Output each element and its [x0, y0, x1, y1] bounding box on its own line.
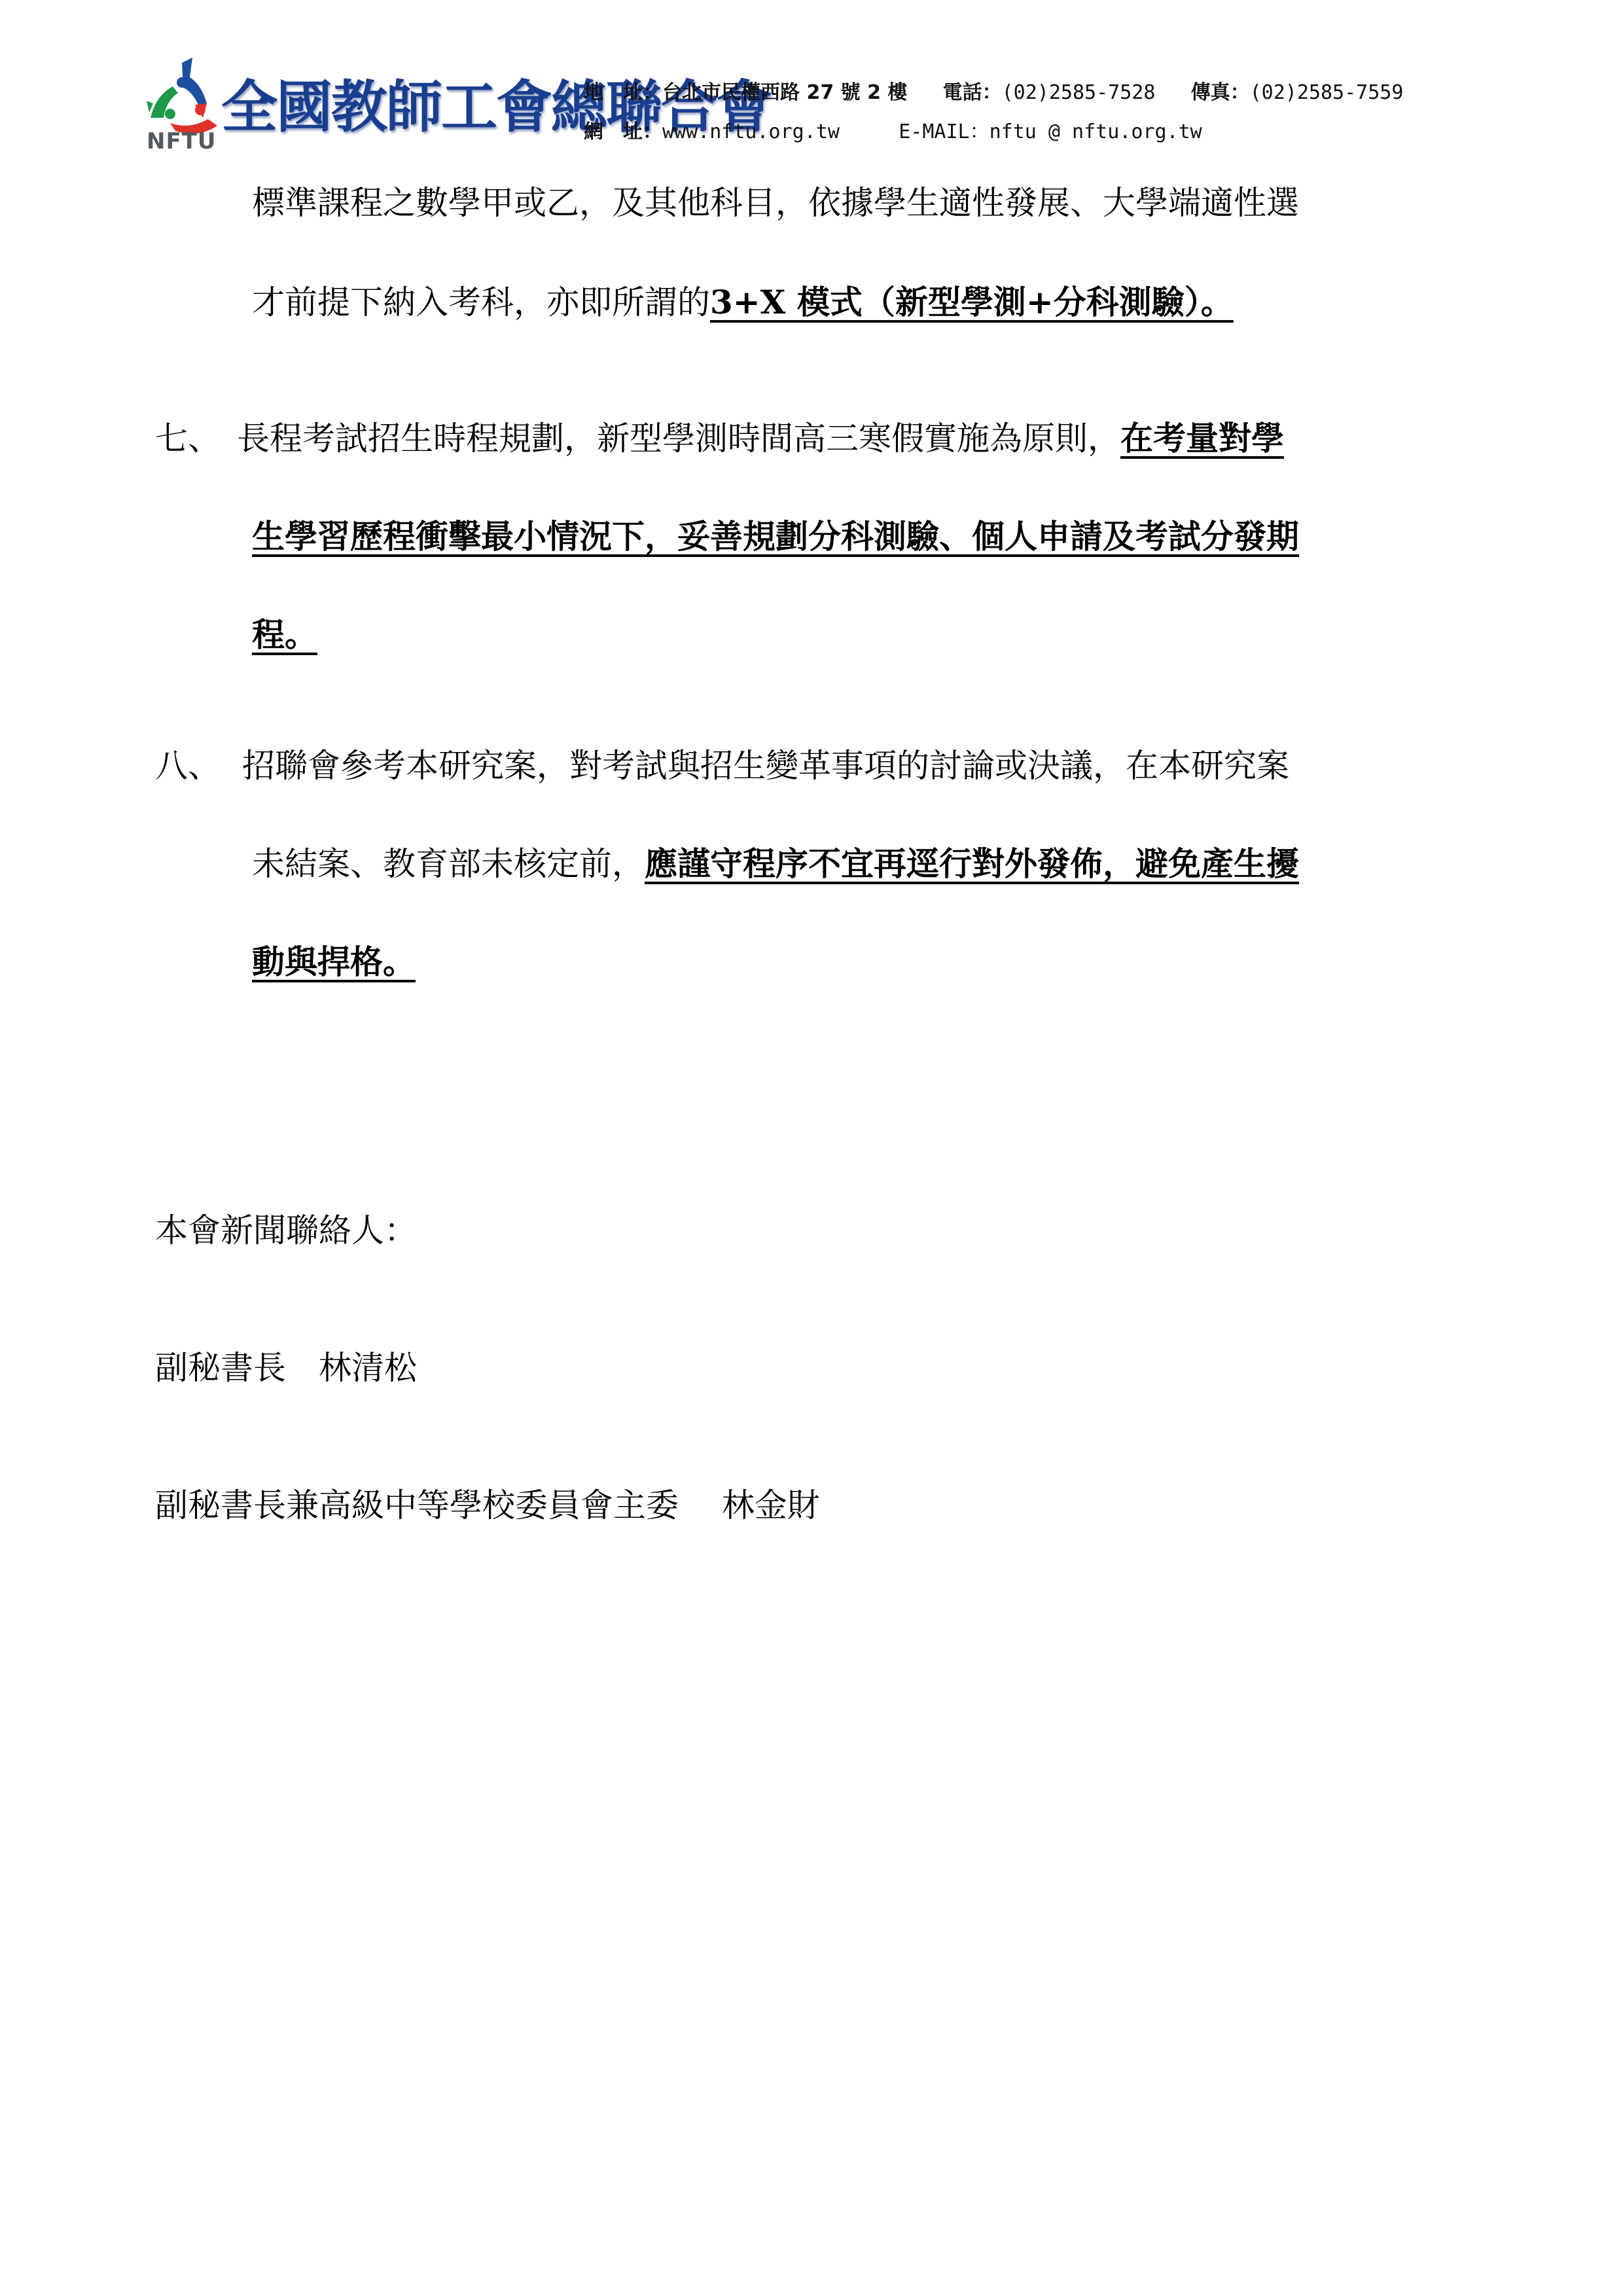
- email-label: E-MAIL：: [899, 120, 989, 143]
- paragraph-continuation-line1: 標準課程之數學甲或乙，及其他科目，依據學生適性發展、大學端適性選: [252, 183, 1299, 223]
- contact-line-web: 網 址：www.nftu.org.tw E-MAIL：nftu @ nftu.o…: [584, 115, 1202, 144]
- press-contact-person-2: 副秘書長兼高級中等學校委員會主委 林金財: [155, 1486, 820, 1525]
- item-8-line1: 招聯會參考本研究案，對考試與招生變革事項的討論或決議，在本研究案: [242, 746, 1289, 785]
- phone-label: 電話：: [943, 81, 1002, 104]
- item-8-emphasis-end: 動與捍格。: [252, 942, 416, 981]
- address-label: 地 址：: [584, 81, 662, 104]
- item-8-number: 八、: [155, 746, 221, 785]
- org-logo: NFTU 全國教師工會總聯合會: [144, 58, 550, 156]
- item-8-line2: 未結案、教育部未核定前，應謹守程序不宜再逕行對外發佈，避免產生擾: [252, 844, 1299, 884]
- fax-value: (02)2585-7559: [1250, 81, 1404, 104]
- item-7-line3: 程。: [252, 615, 317, 655]
- press-contact-heading: 本會新聞聯絡人：: [155, 1211, 417, 1250]
- press-contact-person-1: 副秘書長 林清松: [155, 1348, 417, 1388]
- item-8-emphasis-start: 應謹守程序不宜再逕行對外發佈，避免產生擾: [645, 844, 1299, 883]
- item-7-line1: 長程考試招生時程規劃，新型學測時間高三寒假實施為原則，在考量對學: [237, 419, 1284, 458]
- item-7-line2: 生學習歷程衝擊最小情況下，妥善規劃分科測驗、個人申請及考試分發期: [252, 517, 1299, 556]
- continuation-emphasis: 3+X 模式（新型學測+分科測驗）。: [710, 283, 1234, 321]
- paragraph-continuation-line2: 才前提下納入考科，亦即所謂的3+X 模式（新型學測+分科測驗）。: [252, 283, 1234, 322]
- item-7-plain-text: 長程考試招生時程規劃，新型學測時間高三寒假實施為原則，: [237, 420, 1120, 457]
- item-7-emphasis-end: 程。: [252, 615, 317, 654]
- website-link[interactable]: www.nftu.org.tw: [662, 120, 840, 143]
- item-7-number: 七、: [155, 419, 221, 458]
- email-link[interactable]: nftu @ nftu.org.tw: [990, 120, 1202, 143]
- item-7-emphasis-start: 在考量對學: [1120, 419, 1284, 457]
- item-7-emphasis-mid: 生學習歷程衝擊最小情況下，妥善規劃分科測驗、個人申請及考試分發期: [252, 517, 1299, 556]
- address-value: 台北市民權西路 27 號 2 樓: [662, 81, 907, 104]
- contact-line-address: 地 址：台北市民權西路 27 號 2 樓 電話：(02)2585-7528 傳真…: [584, 76, 1403, 105]
- item-8-line3: 動與捍格。: [252, 942, 416, 982]
- fax-label: 傳真：: [1191, 81, 1250, 104]
- website-label: 網 址：: [584, 120, 662, 143]
- item-8-plain-text: 未結案、教育部未核定前，: [252, 845, 645, 883]
- phone-value: (02)2585-7528: [1002, 81, 1156, 104]
- continuation-plain-text: 才前提下納入考科，亦即所謂的: [252, 283, 710, 321]
- logo-abbreviation: NFTU: [147, 128, 216, 154]
